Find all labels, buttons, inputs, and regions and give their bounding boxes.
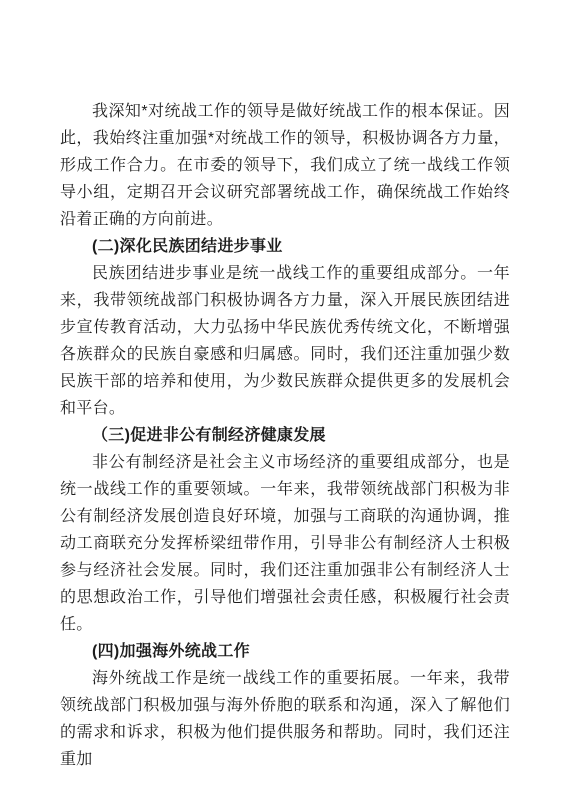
document-page: 我深知*对统战工作的领导是做好统战工作的根本保证。因此，我始终注重加强*对统战工…	[0, 0, 570, 807]
section-heading: （三)促进非公有制经济健康发展	[60, 422, 510, 449]
paragraph: 民族团结进步事业是统一战线工作的重要组成部分。一年来，我带领统战部门积极协调各方…	[60, 260, 510, 422]
section-heading: (二)深化民族团结进步事业	[60, 233, 510, 260]
paragraph: 非公有制经济是社会主义市场经济的重要组成部分，也是统一战线工作的重要领域。一年来…	[60, 449, 510, 638]
paragraph: 我深知*对统战工作的领导是做好统战工作的根本保证。因此，我始终注重加强*对统战工…	[60, 98, 510, 233]
section-heading: (四)加强海外统战工作	[60, 638, 510, 665]
paragraph: 海外统战工作是统一战线工作的重要拓展。一年来，我带领统战部门积极加强与海外侨胞的…	[60, 665, 510, 773]
document-body: 我深知*对统战工作的领导是做好统战工作的根本保证。因此，我始终注重加强*对统战工…	[60, 98, 510, 773]
